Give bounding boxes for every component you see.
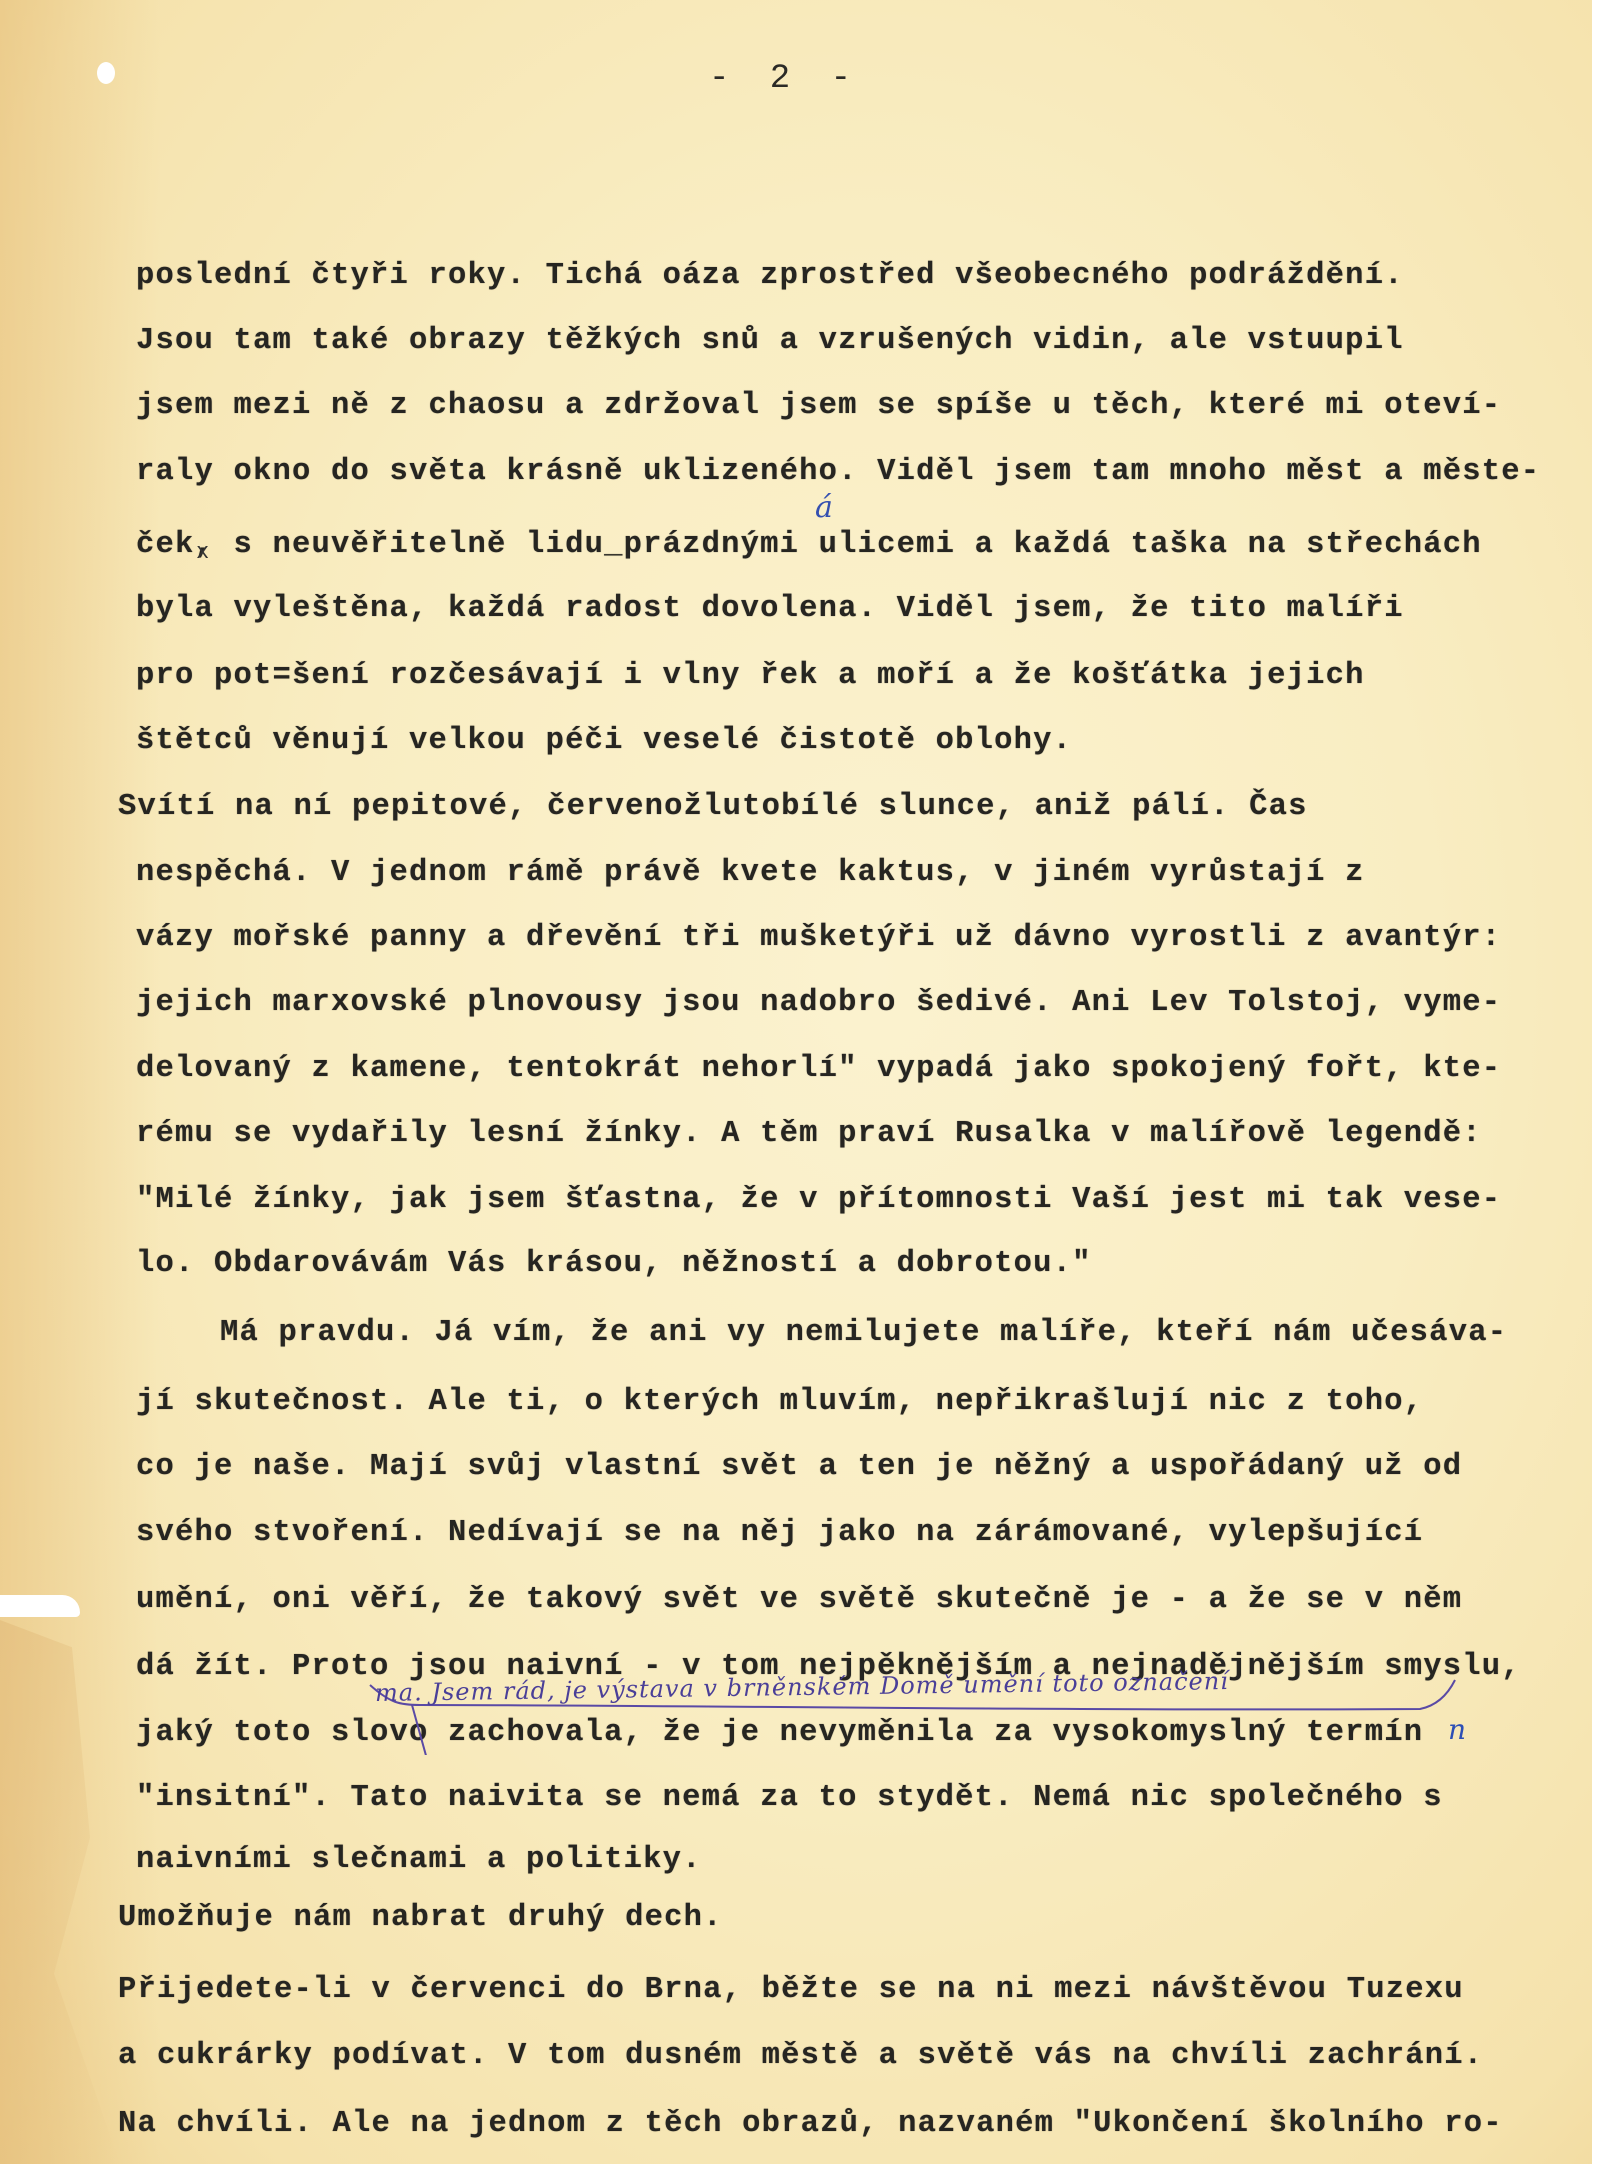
text-line: Přijedete-li v červenci do Brna, běžte s… bbox=[118, 1970, 1464, 2010]
text-line: pro pot=šení rozčesávají i vlny řek a mo… bbox=[136, 656, 1365, 696]
handwritten-n: n bbox=[1448, 1713, 1466, 1746]
text-line: svého stvoření. Nedívají se na něj jako … bbox=[136, 1513, 1423, 1553]
handwritten-correction-mark: á bbox=[815, 490, 833, 525]
text-line: a cukrárky podívat. V tom dusném městě a… bbox=[118, 2036, 1483, 2076]
text-line: umění, oni věří, že takový svět ve světě… bbox=[136, 1580, 1462, 1620]
text-line: delovaný z kamene, tentokrát nehorlí" vy… bbox=[136, 1049, 1501, 1089]
text-line: rému se vydařily lesní žínky. A těm prav… bbox=[136, 1114, 1482, 1154]
text-line: Svítí na ní pepitové, červenožlutobílé s… bbox=[118, 787, 1308, 827]
text-line: štětců věnují velkou péči veselé čistotě… bbox=[136, 721, 1072, 761]
text-line: Má pravdu. Já vím, že ani vy nemilujete … bbox=[220, 1313, 1507, 1353]
text-line: "Milé žínky, jak jsem šťastna, že v přít… bbox=[136, 1180, 1501, 1220]
text-line: poslední čtyři roky. Tichá oáza zprostře… bbox=[136, 256, 1404, 296]
text-line: jejich marxovské plnovousy jsou nadobro … bbox=[136, 983, 1501, 1023]
text-line: lo. Obdarovávám Vás krásou, něžností a d… bbox=[136, 1244, 1092, 1284]
paper-hole bbox=[97, 62, 115, 84]
text-line: nespěchá. V jednom rámě právě kvete kakt… bbox=[136, 853, 1365, 893]
text-line: raly okno do světa krásně uklizeného. Vi… bbox=[136, 452, 1540, 492]
text-line: "insitní". Tato naivita se nemá za to st… bbox=[136, 1778, 1443, 1818]
text-line: jí skutečnost. Ale ti, o kterých mluvím,… bbox=[136, 1382, 1423, 1422]
text-line: naivními slečnami a politiky. bbox=[136, 1840, 702, 1880]
paper-fold bbox=[0, 1620, 120, 2164]
page-number: - 2 - bbox=[700, 60, 870, 98]
text-line: byla vyleštěna, každá radost dovolena. V… bbox=[136, 589, 1404, 629]
text-line: vázy mořské panny a dřevění tři mušketýř… bbox=[136, 918, 1501, 958]
text-line: co je naše. Mají svůj vlastní svět a ten… bbox=[136, 1447, 1462, 1487]
document-page: - 2 - poslední čtyři roky. Tichá oáza zp… bbox=[0, 0, 1592, 2164]
text-line: jsem mezi ně z chaosu a zdržoval jsem se… bbox=[136, 386, 1501, 426]
paper-tear bbox=[0, 1595, 80, 1617]
typed-x-mark: x bbox=[196, 540, 209, 565]
text-line: Na chvíli. Ale na jednom z těch obrazů, … bbox=[118, 2104, 1503, 2144]
text-line: Umožňuje nám nabrat druhý dech. bbox=[118, 1898, 723, 1938]
text-line: ček, s neuvěřitelně lidu_prázdnými ulice… bbox=[136, 525, 1482, 565]
text-line: Jsou tam také obrazy těžkých snů a vzruš… bbox=[136, 321, 1404, 361]
